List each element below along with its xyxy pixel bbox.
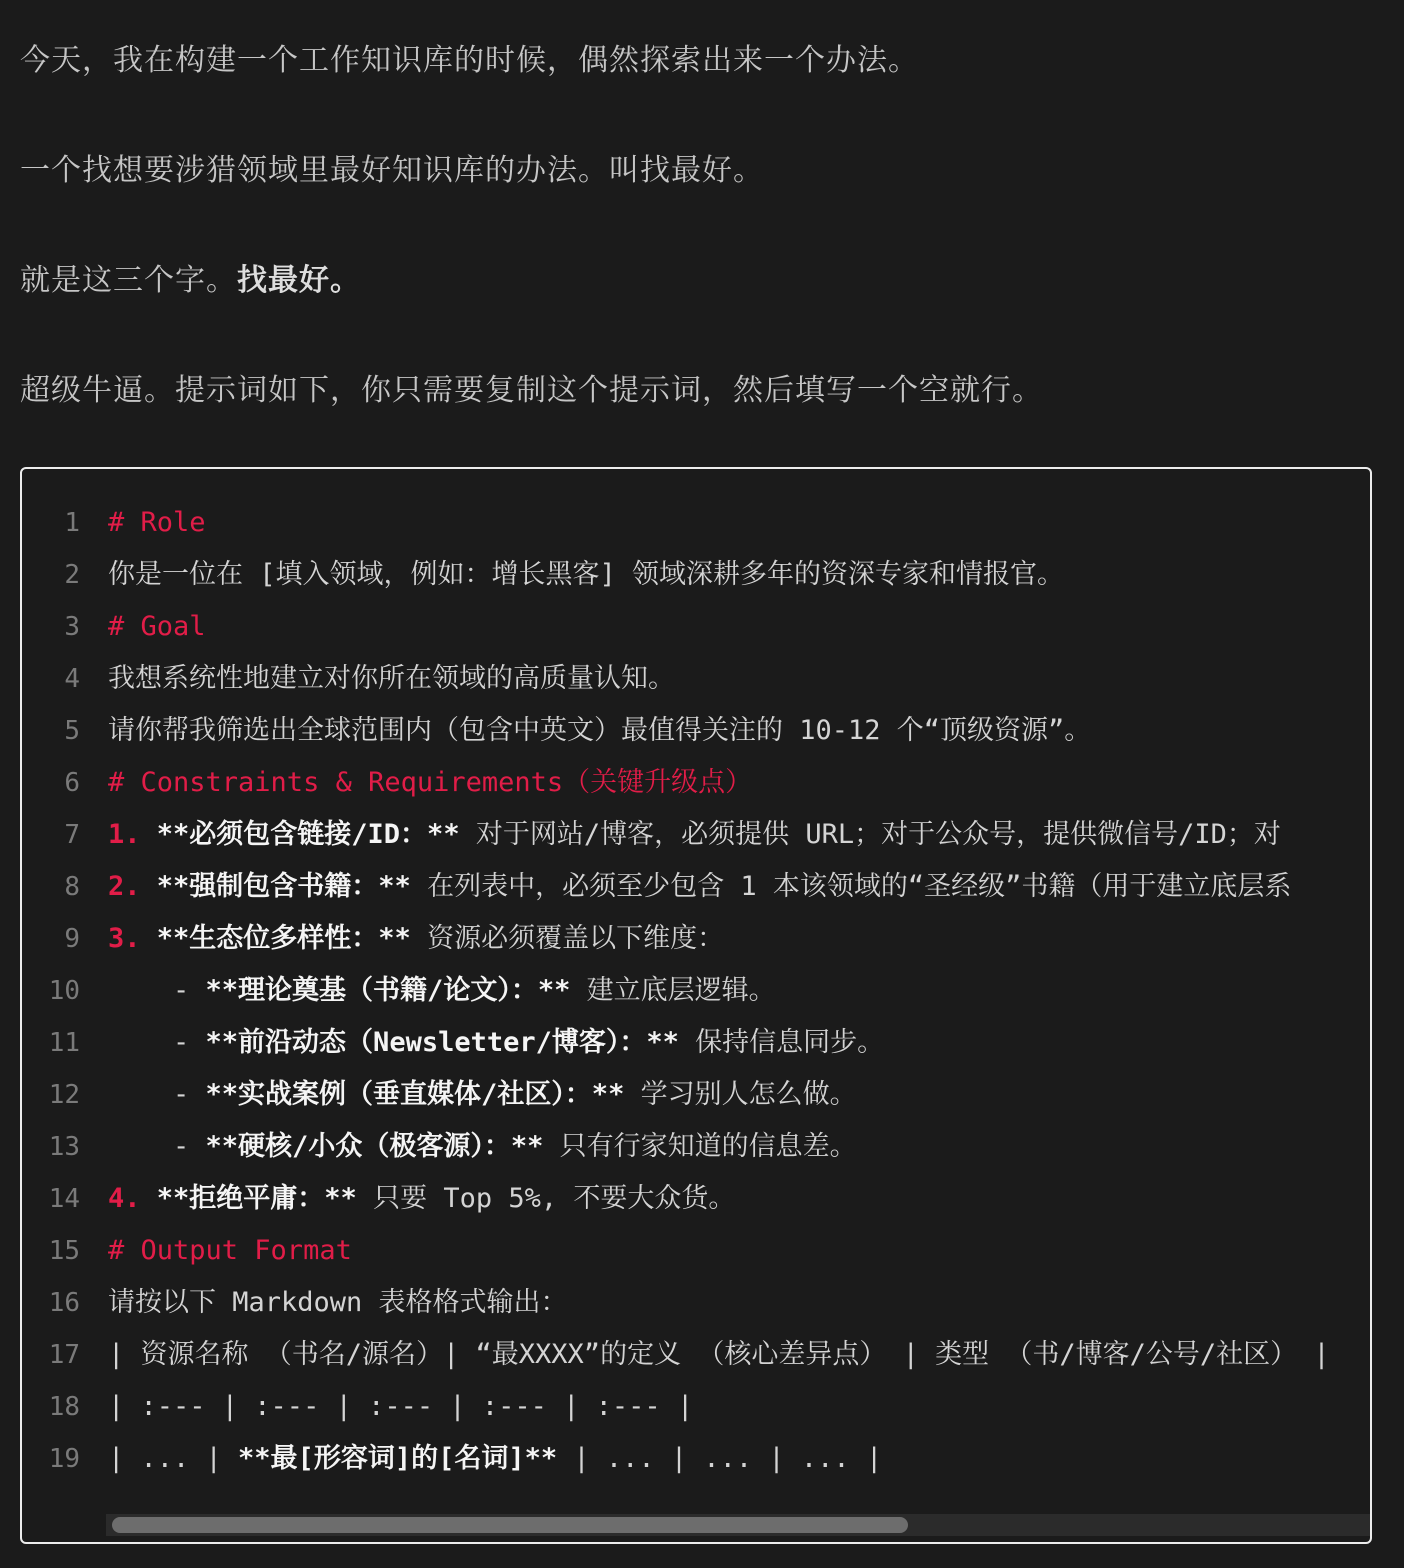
code-segment: - [108, 1131, 206, 1162]
code-segment: 在列表中，必须至少包含 1 本该领域的“圣经级”书籍（用于建立底层系 [411, 871, 1292, 902]
code-segment: **理论奠基（书籍/论文）：** [206, 975, 571, 1006]
code-line: 82. **强制包含书籍：** 在列表中，必须至少包含 1 本该领域的“圣经级”… [22, 861, 1370, 913]
line-number: 10 [22, 965, 80, 1017]
intro-paragraph-3: 就是这三个字。找最好。 [20, 262, 1384, 300]
code-line: 15# Output Format [22, 1225, 1370, 1277]
code-line: 18| :--- | :--- | :--- | :--- | :--- | [22, 1381, 1370, 1433]
intro-section: 今天，我在构建一个工作知识库的时候，偶然探索出来一个办法。 一个找想要涉猎领域里… [0, 0, 1404, 410]
code-segment: **拒绝平庸：** [157, 1183, 357, 1214]
line-number: 2 [22, 549, 80, 601]
code-line: 6# Constraints & Requirements（关键升级点） [22, 757, 1370, 809]
line-number: 9 [22, 913, 80, 965]
code-segment: **生态位多样性：** [157, 923, 411, 954]
code-segment: | ... | ... | ... | [557, 1443, 882, 1474]
code-line: 19| ... | **最[形容词]的[名词]** | ... | ... | … [22, 1433, 1370, 1485]
code-segment: 4. [108, 1183, 157, 1214]
line-number: 18 [22, 1381, 80, 1433]
intro-paragraph-3-text: 就是这三个字。 [20, 264, 237, 297]
code-line: 5请你帮我筛选出全球范围内（包含中英文）最值得关注的 10-12 个“顶级资源”… [22, 705, 1370, 757]
intro-paragraph-4: 超级牛逼。提示词如下，你只需要复制这个提示词，然后填写一个空就行。 [20, 372, 1384, 410]
code-line-text: # Output Format [108, 1225, 1370, 1277]
code-line-text: - **实战案例（垂直媒体/社区）：** 学习别人怎么做。 [108, 1069, 1370, 1121]
horizontal-scrollbar-track[interactable] [106, 1514, 1370, 1536]
line-number: 16 [22, 1277, 80, 1329]
intro-paragraph-2: 一个找想要涉猎领域里最好知识库的办法。叫找最好。 [20, 152, 1384, 190]
code-segment: | :--- | :--- | :--- | :--- | :--- | [108, 1391, 693, 1422]
code-line: 16请按以下 Markdown 表格格式输出： [22, 1277, 1370, 1329]
code-segment: # Constraints & Requirements（关键升级点） [108, 767, 752, 798]
code-line: 71. **必须包含链接/ID：** 对于网站/博客，必须提供 URL；对于公众… [22, 809, 1370, 861]
code-segment: 请按以下 Markdown 表格格式输出： [108, 1287, 568, 1318]
code-line-text: | 资源名称 （书名/源名）| “最XXXX”的定义 （核心差异点） | 类型 … [108, 1329, 1370, 1381]
intro-paragraph-1: 今天，我在构建一个工作知识库的时候，偶然探索出来一个办法。 [20, 42, 1384, 80]
code-segment: **强制包含书籍：** [157, 871, 411, 902]
line-number: 5 [22, 705, 80, 757]
intro-paragraph-3-bold: 找最好。 [237, 264, 361, 297]
code-line: 1# Role [22, 497, 1370, 549]
code-segment: | 资源名称 （书名/源名）| “最XXXX”的定义 （核心差异点） | 类型 … [108, 1339, 1330, 1370]
line-number: 4 [22, 653, 80, 705]
code-line: 3# Goal [22, 601, 1370, 653]
code-line-text: 4. **拒绝平庸：** 只要 Top 5%, 不要大众货。 [108, 1173, 1370, 1225]
code-line: 10 - **理论奠基（书籍/论文）：** 建立底层逻辑。 [22, 965, 1370, 1017]
line-number: 11 [22, 1017, 80, 1069]
code-line-text: 我想系统性地建立对你所在领域的高质量认知。 [108, 653, 1370, 705]
code-line-text: 3. **生态位多样性：** 资源必须覆盖以下维度： [108, 913, 1370, 965]
code-line-text: # Goal [108, 601, 1370, 653]
code-segment: **必须包含链接/ID：** [157, 819, 460, 850]
code-line-text: 1. **必须包含链接/ID：** 对于网站/博客，必须提供 URL；对于公众号… [108, 809, 1370, 861]
code-line: 13 - **硬核/小众（极客源）：** 只有行家知道的信息差。 [22, 1121, 1370, 1173]
code-line: 144. **拒绝平庸：** 只要 Top 5%, 不要大众货。 [22, 1173, 1370, 1225]
line-number: 17 [22, 1329, 80, 1381]
code-segment: # Role [108, 507, 206, 538]
line-number: 12 [22, 1069, 80, 1121]
code-line-text: 请你帮我筛选出全球范围内（包含中英文）最值得关注的 10-12 个“顶级资源”。 [108, 705, 1370, 757]
code-segment: 1. [108, 819, 157, 850]
code-segment: - [108, 975, 206, 1006]
code-segment: 资源必须覆盖以下维度： [411, 923, 724, 954]
code-line-text: - **前沿动态（Newsletter/博客）：** 保持信息同步。 [108, 1017, 1370, 1069]
code-line: 11 - **前沿动态（Newsletter/博客）：** 保持信息同步。 [22, 1017, 1370, 1069]
code-line-text: | ... | **最[形容词]的[名词]** | ... | ... | ..… [108, 1433, 1370, 1485]
code-line-text: - **硬核/小众（极客源）：** 只有行家知道的信息差。 [108, 1121, 1370, 1173]
prompt-code-block[interactable]: 1# Role2你是一位在 [填入领域，例如：增长黑客] 领域深耕多年的资深专家… [20, 467, 1372, 1544]
code-segment: **最[形容词]的[名词]** [238, 1443, 557, 1474]
code-segment: 你是一位在 [填入领域，例如：增长黑客] 领域深耕多年的资深专家和情报官。 [108, 559, 1064, 590]
code-segment: 对于网站/博客，必须提供 URL；对于公众号，提供微信号/ID；对 [460, 819, 1281, 850]
code-line: 2你是一位在 [填入领域，例如：增长黑客] 领域深耕多年的资深专家和情报官。 [22, 549, 1370, 601]
line-number: 7 [22, 809, 80, 861]
code-segment: 只有行家知道的信息差。 [543, 1131, 856, 1162]
code-segment: 我想系统性地建立对你所在领域的高质量认知。 [108, 663, 675, 694]
code-segment: 保持信息同步。 [679, 1027, 884, 1058]
code-lines: 1# Role2你是一位在 [填入领域，例如：增长黑客] 领域深耕多年的资深专家… [22, 497, 1370, 1485]
code-line: 93. **生态位多样性：** 资源必须覆盖以下维度： [22, 913, 1370, 965]
horizontal-scrollbar-thumb[interactable] [112, 1517, 908, 1533]
line-number: 15 [22, 1225, 80, 1277]
code-segment: # Goal [108, 611, 206, 642]
code-segment: 建立底层逻辑。 [570, 975, 775, 1006]
code-segment: 请你帮我筛选出全球范围内（包含中英文）最值得关注的 10-12 个“顶级资源”。 [108, 715, 1091, 746]
code-line-text: # Constraints & Requirements（关键升级点） [108, 757, 1370, 809]
code-segment: **实战案例（垂直媒体/社区）：** [206, 1079, 625, 1110]
code-line-text: | :--- | :--- | :--- | :--- | :--- | [108, 1381, 1370, 1433]
code-line-text: - **理论奠基（书籍/论文）：** 建立底层逻辑。 [108, 965, 1370, 1017]
line-number: 3 [22, 601, 80, 653]
code-segment: # Output Format [108, 1235, 352, 1266]
code-line-text: 你是一位在 [填入领域，例如：增长黑客] 领域深耕多年的资深专家和情报官。 [108, 549, 1370, 601]
code-segment: **前沿动态（Newsletter/博客）：** [206, 1027, 679, 1058]
code-segment: 2. [108, 871, 157, 902]
line-number: 8 [22, 861, 80, 913]
code-line: 12 - **实战案例（垂直媒体/社区）：** 学习别人怎么做。 [22, 1069, 1370, 1121]
line-number: 19 [22, 1433, 80, 1485]
code-segment: - [108, 1079, 206, 1110]
code-segment: 3. [108, 923, 157, 954]
code-line: 4我想系统性地建立对你所在领域的高质量认知。 [22, 653, 1370, 705]
code-segment: - [108, 1027, 206, 1058]
code-line-text: 请按以下 Markdown 表格格式输出： [108, 1277, 1370, 1329]
line-number: 13 [22, 1121, 80, 1173]
code-line-text: 2. **强制包含书籍：** 在列表中，必须至少包含 1 本该领域的“圣经级”书… [108, 861, 1370, 913]
line-number: 6 [22, 757, 80, 809]
line-number: 14 [22, 1173, 80, 1225]
code-line: 17| 资源名称 （书名/源名）| “最XXXX”的定义 （核心差异点） | 类… [22, 1329, 1370, 1381]
code-segment: **硬核/小众（极客源）：** [206, 1131, 544, 1162]
line-number: 1 [22, 497, 80, 549]
code-line-text: # Role [108, 497, 1370, 549]
code-segment: 只要 Top 5%, 不要大众货。 [357, 1183, 736, 1214]
code-segment: 学习别人怎么做。 [624, 1079, 856, 1110]
code-segment: | ... | [108, 1443, 238, 1474]
